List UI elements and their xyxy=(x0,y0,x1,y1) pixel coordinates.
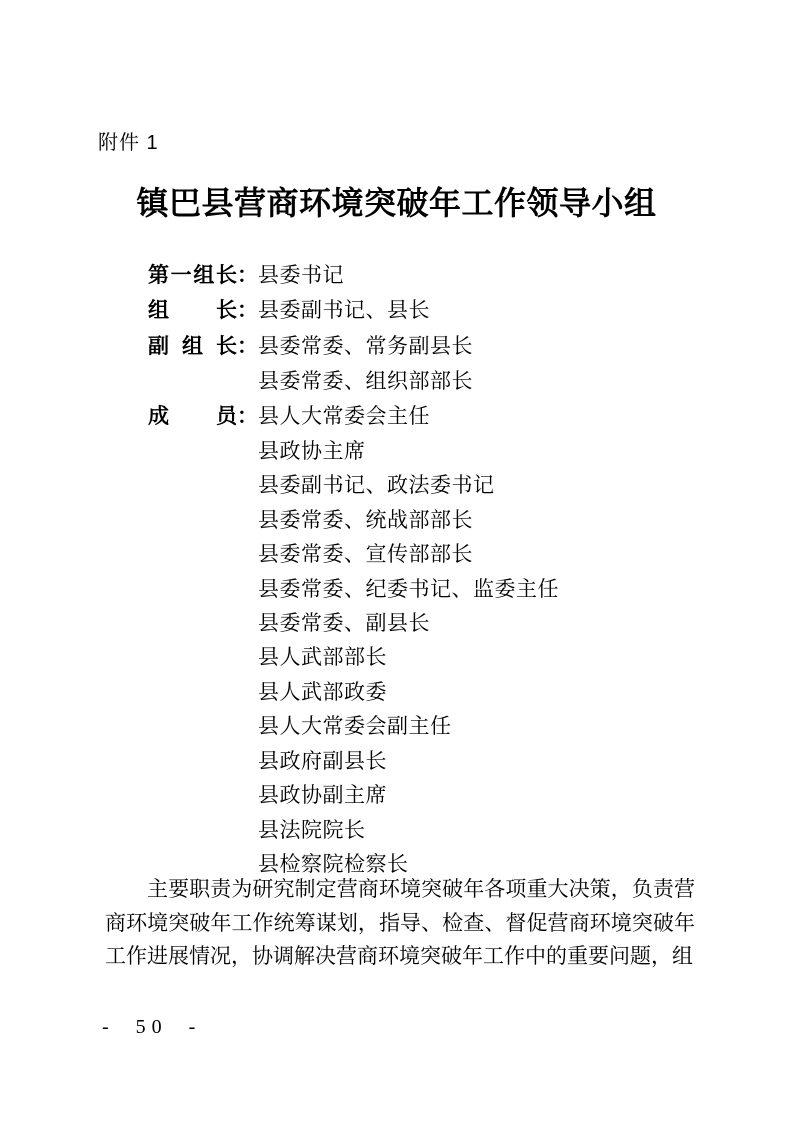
role-row: 成员 ： 县人大常委会主任 xyxy=(105,399,695,434)
role-value: 县政府副县长 xyxy=(258,744,387,778)
role-colon: ： xyxy=(237,330,258,364)
role-value: 县委常委、常务副县长 xyxy=(258,329,473,363)
role-value: 县委副书记、政法委书记 xyxy=(258,468,495,502)
role-value: 县人武部政委 xyxy=(258,675,387,709)
document-page: 附件 1 镇巴县营商环境突破年工作领导小组 第一组长 ： 县委书记 组长 ： 县… xyxy=(0,0,793,1122)
role-row: 县政府副县长 xyxy=(105,744,695,778)
role-row: 县委常委、副县长 xyxy=(105,606,695,640)
role-row: 县委常委、纪委书记、监委主任 xyxy=(105,572,695,606)
role-value: 县政协主席 xyxy=(258,434,366,468)
role-value: 县人大常委会副主任 xyxy=(258,709,452,743)
page-number: - 50 - xyxy=(102,1014,201,1040)
role-row: 县法院院长 xyxy=(105,813,695,847)
role-row: 县委常委、统战部部长 xyxy=(105,503,695,537)
role-row: 县人大常委会副主任 xyxy=(105,709,695,743)
role-value: 县人大常委会主任 xyxy=(258,399,430,433)
role-label: 副组长 xyxy=(148,330,237,364)
role-label: 组长 xyxy=(148,294,237,328)
duties-paragraph: 主要职责为研究制定营商环境突破年各项重大决策，负责营商环境突破年工作统筹谋划，指… xyxy=(105,873,695,974)
role-row: 县委常委、宣传部部长 xyxy=(105,537,695,571)
role-value: 县政协副主席 xyxy=(258,778,387,812)
role-value: 县委常委、宣传部部长 xyxy=(258,537,473,571)
role-label: 第一组长 xyxy=(148,259,237,293)
role-row: 县委常委、组织部部长 xyxy=(105,364,695,398)
role-value: 县委常委、纪委书记、监委主任 xyxy=(258,572,559,606)
role-value: 县委副书记、县长 xyxy=(258,293,430,327)
role-row: 副组长 ： 县委常委、常务副县长 xyxy=(105,329,695,364)
role-value: 县委书记 xyxy=(258,258,344,292)
role-value: 县人武部部长 xyxy=(258,640,387,674)
role-row: 第一组长 ： 县委书记 xyxy=(105,258,695,293)
role-colon: ： xyxy=(237,400,258,434)
role-label: 成员 xyxy=(148,400,237,434)
role-row: 县人武部部长 xyxy=(105,640,695,674)
attachment-label: 附件 1 xyxy=(98,131,159,155)
role-colon: ： xyxy=(237,294,258,328)
role-row: 县委副书记、政法委书记 xyxy=(105,468,695,502)
role-value: 县法院院长 xyxy=(258,813,366,847)
roles-list: 第一组长 ： 县委书记 组长 ： 县委副书记、县长 副组长 ： 县委常委、常务副… xyxy=(105,258,695,881)
page-title: 镇巴县营商环境突破年工作领导小组 xyxy=(0,183,793,223)
role-colon: ： xyxy=(237,259,258,293)
role-row: 县政协主席 xyxy=(105,434,695,468)
role-row: 县人武部政委 xyxy=(105,675,695,709)
role-row: 县政协副主席 xyxy=(105,778,695,812)
role-value: 县委常委、副县长 xyxy=(258,606,430,640)
role-value: 县委常委、统战部部长 xyxy=(258,503,473,537)
role-row: 组长 ： 县委副书记、县长 xyxy=(105,293,695,328)
role-value: 县委常委、组织部部长 xyxy=(258,364,473,398)
